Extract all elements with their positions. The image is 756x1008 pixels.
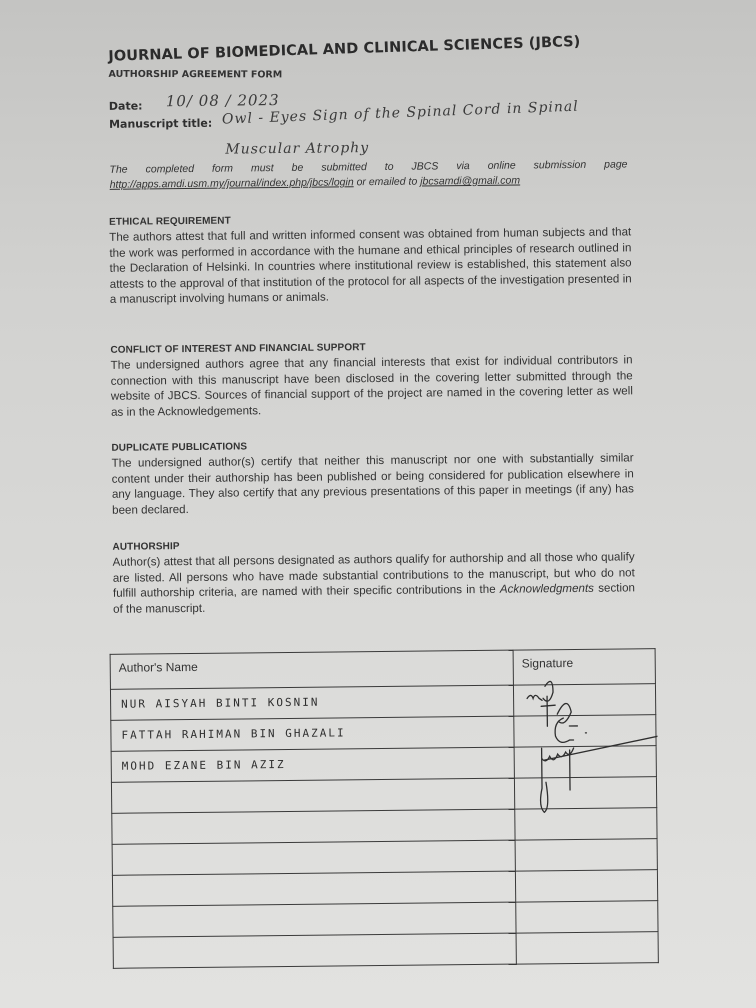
submission-notice: The completed form must be submitted to … xyxy=(109,157,627,192)
signature-cell[interactable] xyxy=(515,839,657,871)
table-header-row: Author's Name Signature xyxy=(110,649,655,690)
signature-cell[interactable] xyxy=(513,684,655,716)
signature-cell[interactable] xyxy=(516,932,658,964)
section-body: The undersigned authors agree that any f… xyxy=(110,352,633,420)
section-body: The undersigned author(s) certify that n… xyxy=(112,450,635,518)
form-title: AUTHORSHIP AGREEMENT FORM xyxy=(109,69,283,81)
manuscript-title-line2[interactable]: Muscular Atrophy xyxy=(225,140,369,158)
notice-middle: or emailed to xyxy=(354,176,421,189)
section-authorship: AUTHORSHIP Author(s) attest that all per… xyxy=(112,535,635,617)
author-name-cell[interactable] xyxy=(113,902,516,937)
section-body: The authors attest that full and written… xyxy=(109,224,632,307)
manuscript-title-label: Manuscript title: xyxy=(109,117,212,131)
signature-cell[interactable] xyxy=(515,808,657,840)
author-name-cell[interactable]: NUR AISYAH BINTI KOSNIN xyxy=(110,685,513,720)
author-name-cell[interactable]: FATTAH RAHIMAN BIN GHAZALI xyxy=(111,716,514,751)
author-name-cell[interactable] xyxy=(112,871,515,906)
date-value[interactable]: 10/ 08 / 2023 xyxy=(166,91,280,110)
author-name-cell[interactable] xyxy=(113,933,516,968)
author-name: NUR AISYAH BINTI KOSNIN xyxy=(111,686,513,711)
column-header-signature: Signature xyxy=(513,649,655,685)
signature-cell[interactable] xyxy=(515,870,657,902)
section-body: Author(s) attest that all persons design… xyxy=(113,549,636,617)
authorship-form-page: JOURNAL OF BIOMEDICAL AND CLINICAL SCIEN… xyxy=(0,0,756,1008)
table-row xyxy=(113,932,658,969)
author-name-cell[interactable] xyxy=(111,778,514,813)
signature-cell[interactable] xyxy=(514,715,656,747)
column-header-authors-name: Author's Name xyxy=(110,650,513,689)
email-link[interactable]: jbcsamdi@gmail.com xyxy=(420,175,520,188)
section-duplicate-publications: DUPLICATE PUBLICATIONS The undersigned a… xyxy=(111,436,634,518)
author-name-cell[interactable]: MOHD EZANE BIN AZIZ xyxy=(111,747,514,782)
author-name-cell[interactable] xyxy=(112,840,515,875)
signature-cell[interactable] xyxy=(516,901,658,933)
date-label: Date: xyxy=(109,99,143,112)
signature-cell[interactable] xyxy=(514,746,656,778)
section-ethical-requirement: ETHICAL REQUIREMENT The authors attest t… xyxy=(109,210,632,307)
author-name: FATTAH RAHIMAN BIN GHAZALI xyxy=(111,717,513,742)
submission-url-link[interactable]: http://apps.amdi.usm.my/journal/index.ph… xyxy=(110,176,354,191)
signature-cell[interactable] xyxy=(514,777,656,809)
authors-table: Author's Name Signature NUR AISYAH BINTI… xyxy=(110,648,659,969)
section-conflict-of-interest: CONFLICT OF INTEREST AND FINANCIAL SUPPO… xyxy=(110,338,633,420)
journal-title: JOURNAL OF BIOMEDICAL AND CLINICAL SCIEN… xyxy=(108,34,581,65)
authors-table-container: Author's Name Signature NUR AISYAH BINTI… xyxy=(110,648,659,969)
author-name: MOHD EZANE BIN AZIZ xyxy=(112,748,514,773)
author-name-cell[interactable] xyxy=(112,809,515,844)
